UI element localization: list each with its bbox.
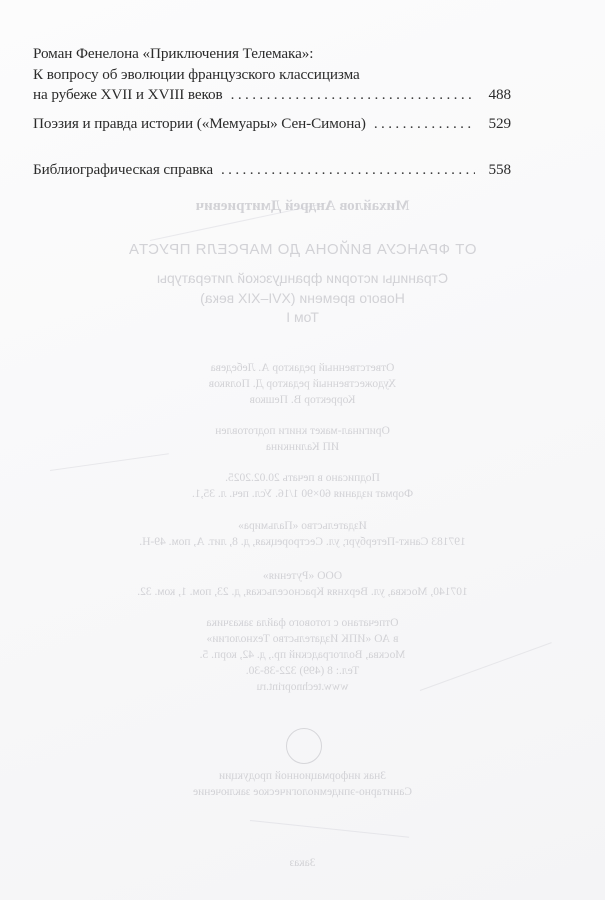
toc-title-line: К вопросу об эволюции французского класс… [33, 65, 511, 86]
toc-page-number: 558 [483, 160, 511, 181]
toc-title-line: Библиографическая справка [33, 160, 213, 181]
toc-leader-dots [374, 114, 475, 135]
toc-entry-saint-simon[interactable]: Поэзия и правда истории («Мемуары» Сен-С… [33, 114, 511, 135]
toc-entry-telemachus[interactable]: Роман Фенелона «Приключения Телемака»: К… [33, 44, 511, 106]
toc-entry-bibliography[interactable]: Библиографическая справка 558 [33, 160, 511, 181]
toc-leader-dots [231, 85, 475, 106]
toc-page-number: 488 [483, 85, 511, 106]
toc-page-number: 529 [483, 114, 511, 135]
table-of-contents: Роман Фенелона «Приключения Телемака»: К… [33, 44, 511, 189]
toc-title-line: Поэзия и правда истории («Мемуары» Сен-С… [33, 114, 366, 135]
toc-title-line: на рубеже XVII и XVIII веков [33, 85, 223, 106]
toc-leader-dots [221, 160, 475, 181]
toc-title-line: Роман Фенелона «Приключения Телемака»: [33, 44, 511, 65]
